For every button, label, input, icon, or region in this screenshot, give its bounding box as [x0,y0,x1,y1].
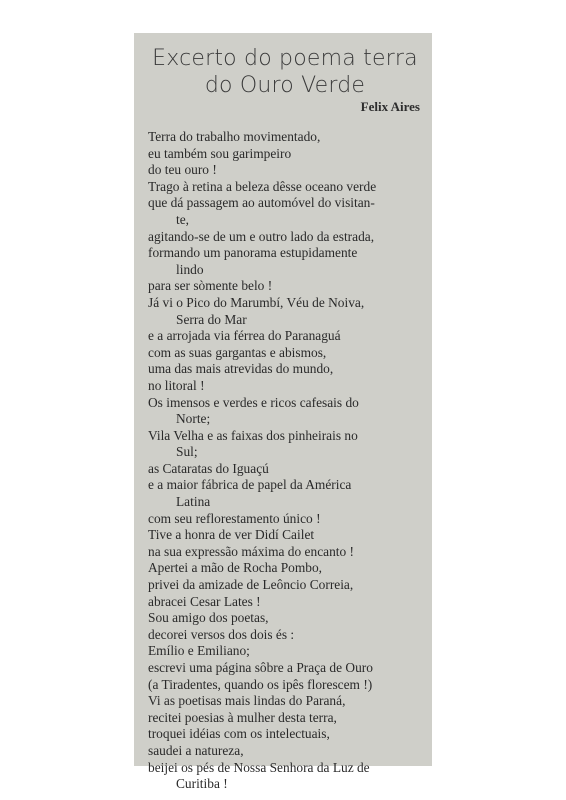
title-line-2: do Ouro Verde [205,73,365,98]
poem-line: saudei a natureza, [148,743,426,760]
poem-line: eu também sou garimpeiro [148,146,426,163]
poem-body: Terra do trabalho movimentado,eu também … [148,129,426,793]
poem-line: com as suas gargantas e abismos, [148,345,426,362]
poem-line: no litoral ! [148,378,426,395]
poem-line: troquei idéias com os intelectuais, [148,726,426,743]
poem-line: e a maior fábrica de papel da América [148,477,426,494]
poem-line: Os imensos e verdes e ricos cafesais do [148,395,426,412]
poem-line-continuation: Norte; [148,411,426,428]
author-name: Felix Aires [148,99,420,115]
poem-line: beijei os pés de Nossa Senhora da Luz de [148,760,426,777]
newspaper-clipping: Excerto do poema terra do Ouro Verde Fel… [134,33,432,766]
poem-line: Apertei a mão de Rocha Pombo, [148,560,426,577]
poem-line-continuation: te, [148,212,426,229]
poem-line: uma das mais atrevidas do mundo, [148,361,426,378]
poem-line: privei da amizade de Leôncio Correia, [148,577,426,594]
poem-line: Emílio e Emiliano; [148,643,426,660]
poem-line: Vila Velha e as faixas dos pinheirais no [148,428,426,445]
poem-line-continuation: Serra do Mar [148,312,426,329]
poem-line: que dá passagem ao automóvel do visitan- [148,195,426,212]
poem-line: recitei poesias à mulher desta terra, [148,710,426,727]
poem-line: Vi as poetisas mais lindas do Paraná, [148,693,426,710]
title-line-1: Excerto do poema terra [152,46,418,71]
poem-line: agitando-se de um e outro lado da estrad… [148,229,426,246]
poem-line: Terra do trabalho movimentado, [148,129,426,146]
poem-line: para ser sòmente belo ! [148,278,426,295]
poem-line: escrevi uma página sôbre a Praça de Ouro [148,660,426,677]
poem-line: com seu reflorestamento único ! [148,511,426,528]
poem-line: decorei versos dos dois és : [148,627,426,644]
poem-line-continuation: lindo [148,262,426,279]
poem-line: Já vi o Pico do Marumbí, Véu de Noiva, [148,295,426,312]
poem-line: formando um panorama estupidamente [148,245,426,262]
poem-line: e a arrojada via férrea do Paranaguá [148,328,426,345]
poem-line-continuation: Curitiba ! [148,776,426,793]
poem-line: Trago à retina a beleza dêsse oceano ver… [148,179,426,196]
poem-line: as Cataratas do Iguaçú [148,461,426,478]
poem-line: Tive a honra de ver Didí Cailet [148,527,426,544]
poem-line: do teu ouro ! [148,162,426,179]
poem-title: Excerto do poema terra do Ouro Verde [148,45,426,99]
poem-line: Sou amigo dos poetas, [148,610,426,627]
poem-line-continuation: Latina [148,494,426,511]
poem-line: (a Tiradentes, quando os ipês florescem … [148,677,426,694]
poem-line: na sua expressão máxima do encanto ! [148,544,426,561]
poem-line-continuation: Sul; [148,444,426,461]
poem-line: abracei Cesar Lates ! [148,594,426,611]
